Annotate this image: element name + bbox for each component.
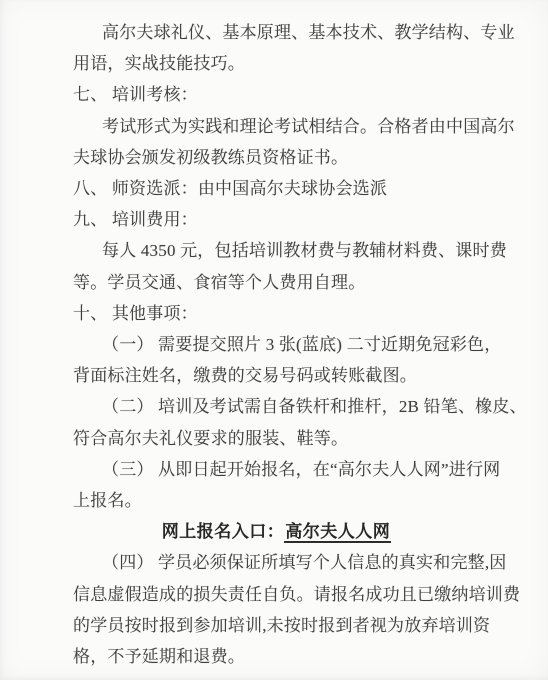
course-topics-line-1: 高尔夫球礼仪、基本原理、基本技术、教学结构、专业	[73, 17, 496, 48]
exam-format-line-1: 考试形式为实践和理论考试相结合。合格者由中国高尔	[73, 111, 496, 142]
item-1-photos-line-1: （一） 需要提交照片 3 张(蓝底) 二寸近期免冠彩色，	[73, 329, 496, 360]
exam-format-line-2: 夫球协会颁发初级教练员资格证书。	[73, 142, 496, 173]
fee-details-line-2: 等。学员交通、食宿等个人费用自理。	[73, 267, 496, 298]
section-7-training-assessment: 七、 培训考核：	[73, 79, 496, 110]
section-8-instructor-selection: 八、 师资选派：由中国高尔夫球协会选派	[73, 173, 496, 204]
course-topics-line-2: 用语，实战技能技巧。	[73, 48, 496, 79]
section-10-other-matters: 十、 其他事项：	[73, 298, 496, 329]
item-2-equipment-line-2: 符合高尔夫礼仪要求的服装、鞋等。	[73, 423, 496, 454]
item-3-registration-line-2: 上报名。	[73, 485, 496, 516]
registration-entry-heading: 网上报名入口：高尔夫人人网	[65, 516, 488, 547]
item-1-photos-line-2: 背面标注姓名，缴费的交易号码或转账截图。	[73, 360, 496, 391]
fee-details-line-1: 每人 4350 元，包括培训教材费与教辅材料费、课时费	[73, 235, 496, 266]
section-9-training-fee: 九、 培训费用：	[73, 204, 496, 235]
document-body: 高尔夫球礼仪、基本原理、基本技术、教学结构、专业 用语，实战技能技巧。 七、 培…	[73, 17, 496, 672]
item-4-disclaimer-line-2: 信息虚假造成的损失责任自负。请报名成功且已缴纳培训费	[73, 579, 496, 610]
registration-entry-label: 网上报名入口：	[162, 522, 285, 541]
item-4-disclaimer-line-4: 格，不予延期和退费。	[73, 641, 496, 672]
registration-portal-link[interactable]: 高尔夫人人网	[284, 522, 391, 543]
item-3-registration-line-1: （三） 从即日起开始报名，在“高尔夫人人网”进行网	[73, 454, 496, 485]
item-2-equipment-line-1: （二） 培训及考试需自备铁杆和推杆，2B 铅笔、橡皮、	[73, 391, 496, 422]
document-page: 高尔夫球礼仪、基本原理、基本技术、教学结构、专业 用语，实战技能技巧。 七、 培…	[0, 0, 548, 680]
item-4-disclaimer-line-3: 的学员按时报到参加培训,未按时报到者视为放弃培训资	[73, 610, 496, 641]
item-4-disclaimer-line-1: （四） 学员必须保证所填写个人信息的真实和完整,因	[73, 547, 496, 578]
